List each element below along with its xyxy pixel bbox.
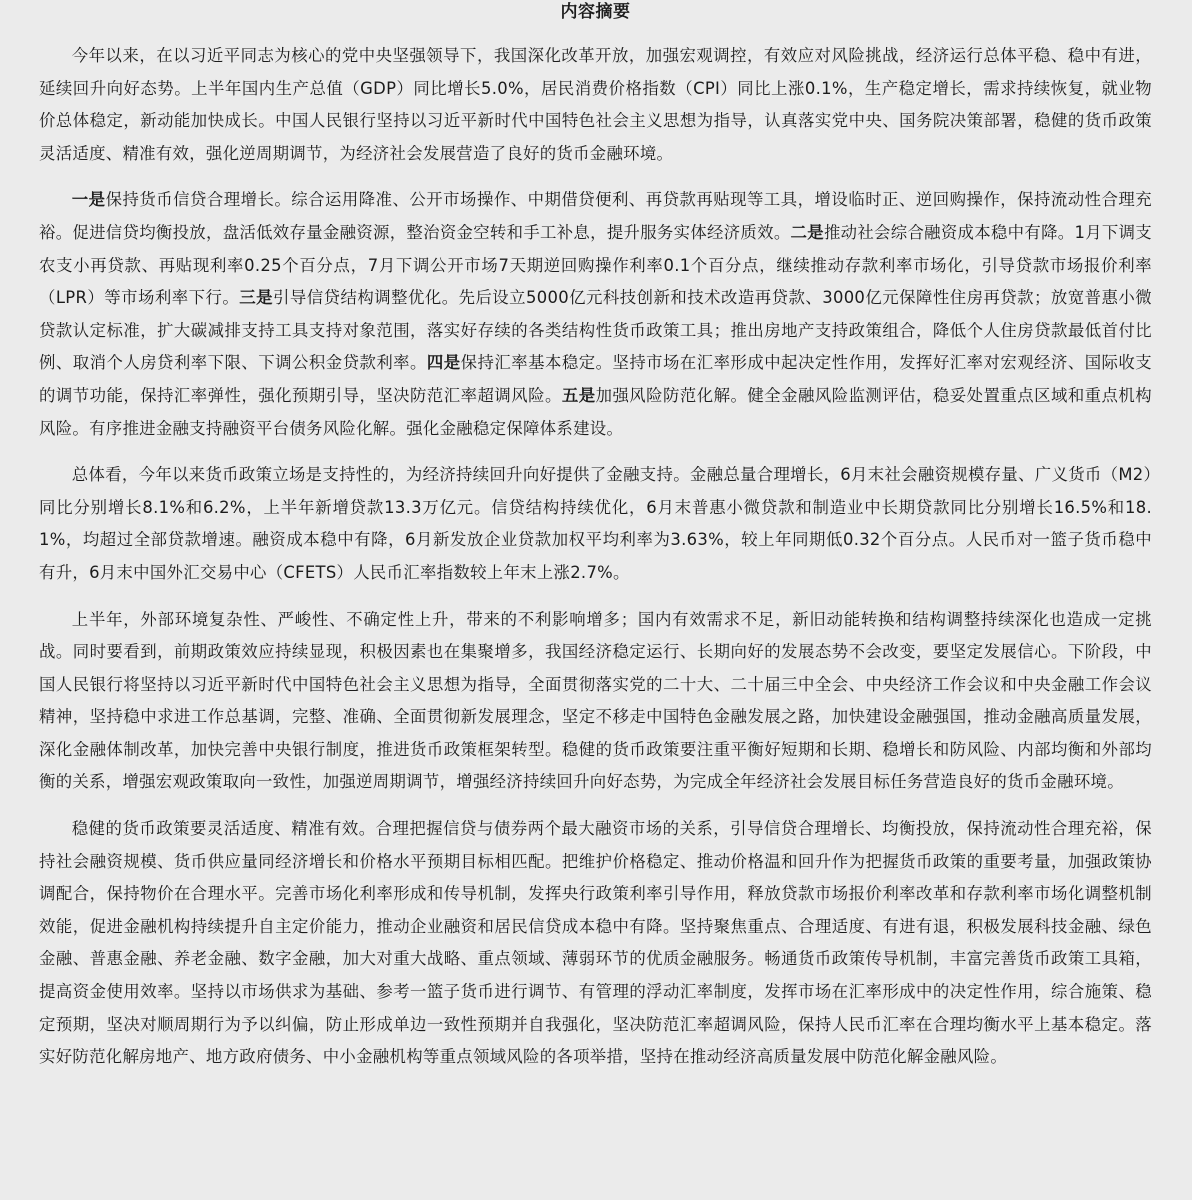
paragraph-gap: [39, 590, 1152, 604]
document-title: 内容摘要: [39, 0, 1152, 22]
paragraph-policy-measures: 一是保持货币信贷合理增长。综合运用降准、公开市场操作、中期借贷便利、再贷款再贴现…: [39, 184, 1152, 445]
paragraph-text: 总体看，今年以来货币政策立场是支持性的，为经济持续回升向好提供了金融支持。金融总…: [39, 465, 1152, 582]
point-five-label: 五是: [562, 386, 596, 405]
paragraph-gap: [39, 170, 1152, 184]
point-four-label: 四是: [427, 353, 461, 372]
paragraph-overview: 今年以来，在以习近平同志为核心的党中央坚强领导下，我国深化改革开放，加强宏观调控…: [39, 40, 1152, 170]
paragraph-summary: 总体看，今年以来货币政策立场是支持性的，为经济持续回升向好提供了金融支持。金融总…: [39, 459, 1152, 589]
paragraph-gap: [39, 445, 1152, 459]
point-one-label: 一是: [72, 190, 106, 209]
paragraph-text: 今年以来，在以习近平同志为核心的党中央坚强领导下，我国深化改革开放，加强宏观调控…: [39, 46, 1152, 163]
paragraph-text: 上半年，外部环境复杂性、严峻性、不确定性上升，带来的不利影响增多；国内有效需求不…: [39, 610, 1152, 792]
point-three-label: 三是: [239, 288, 273, 307]
point-two-label: 二是: [791, 223, 824, 242]
paragraph-text: 稳健的货币政策要灵活适度、精准有效。合理把握信贷与债券两个最大融资市场的关系，引…: [39, 819, 1152, 1066]
paragraph-outlook: 上半年，外部环境复杂性、严峻性、不确定性上升，带来的不利影响增多；国内有效需求不…: [39, 604, 1152, 800]
paragraph-gap: [39, 799, 1152, 813]
document-page: 内容摘要 今年以来，在以习近平同志为核心的党中央坚强领导下，我国深化改革开放，加…: [0, 0, 1192, 1200]
paragraph-next-steps: 稳健的货币政策要灵活适度、精准有效。合理把握信贷与债券两个最大融资市场的关系，引…: [39, 813, 1152, 1074]
